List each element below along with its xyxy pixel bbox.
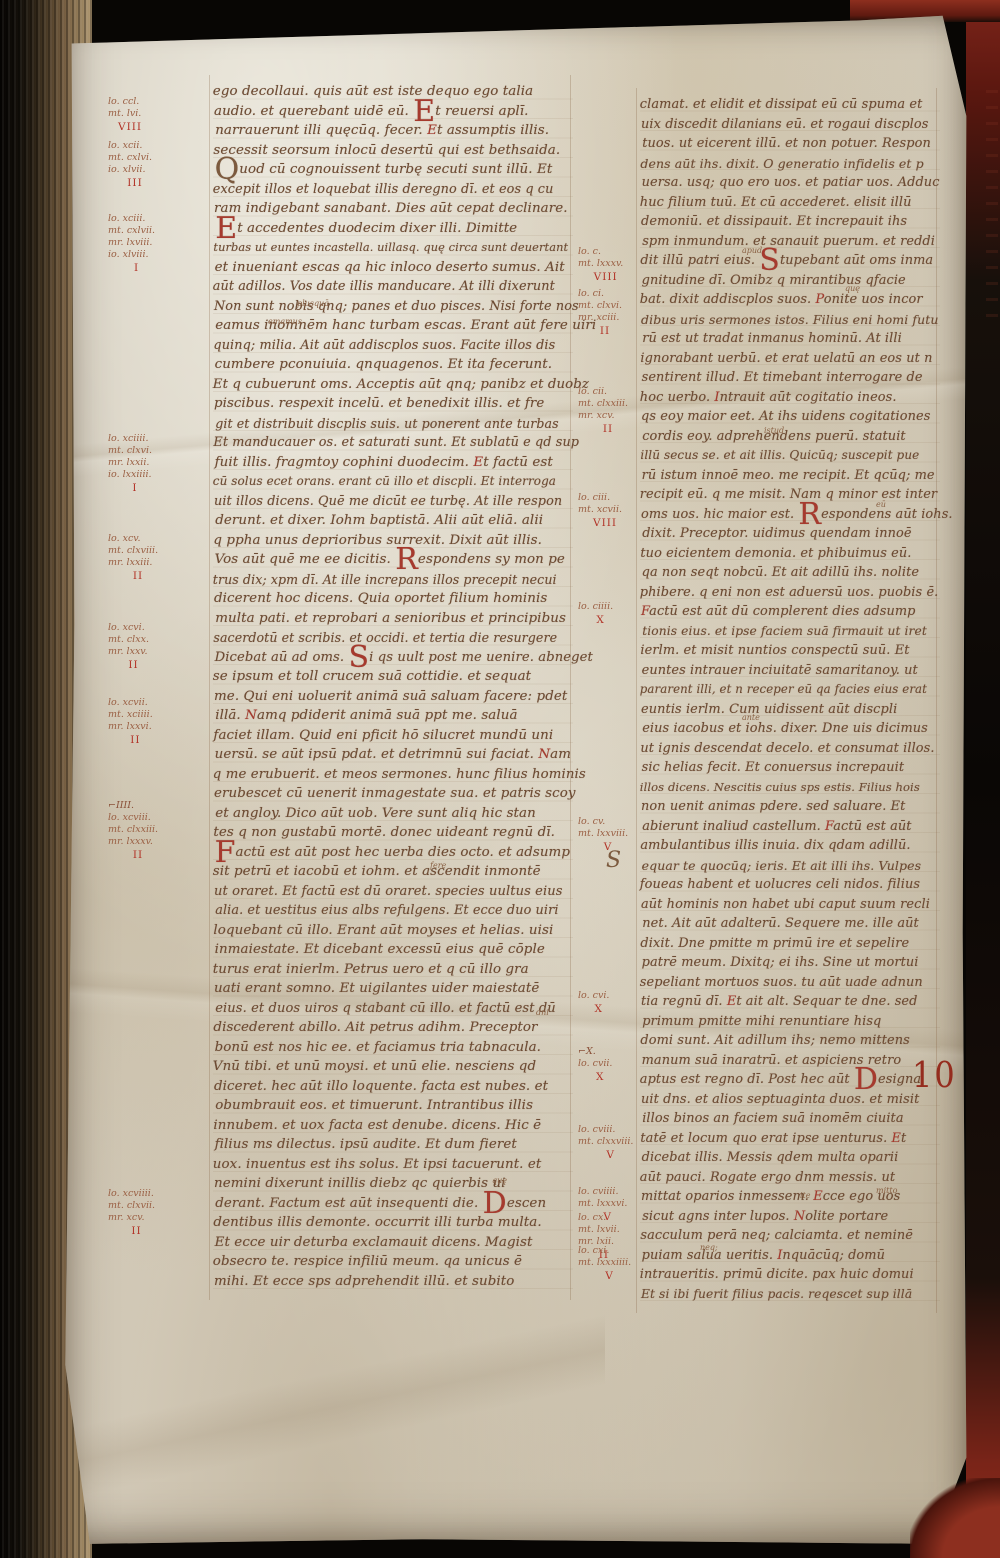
ink-text: q ppha unus deprioribus surrexit. Dixit … bbox=[213, 533, 542, 548]
canon-reference: mt. clxvii. bbox=[108, 1200, 155, 1212]
manuscript-line: euntis ierlm. Cum uidissent aūt discpli bbox=[641, 702, 938, 722]
interlinear-gloss: ante bbox=[742, 713, 760, 722]
ink-text: obumbrauit eos. et timuerunt. Intrantibu… bbox=[215, 1098, 533, 1113]
canon-reference-note: lo. c.mt. lxxxv.VIII bbox=[578, 246, 623, 283]
manuscript-line: aūt hominis non habet ubi caput suum rec… bbox=[641, 897, 938, 917]
interlinear-gloss: emamus bbox=[268, 317, 302, 326]
ink-text: illos dicens. Nescitis cuius sps estis. … bbox=[640, 780, 920, 794]
canon-reference: lo. cxi. bbox=[578, 1245, 631, 1257]
rubric-text: E bbox=[813, 1189, 823, 1204]
ink-text: Vnū tibi. et unū moysi. et unū elie. nes… bbox=[213, 1059, 536, 1074]
manuscript-line: git et distribuit discplis suis. ut pone… bbox=[215, 416, 571, 436]
ink-text: me. Qui eni uoluerit animā suā saluam fa… bbox=[214, 689, 567, 704]
ink-text: espondens sy mon pe bbox=[418, 552, 565, 567]
rubric-text: E bbox=[727, 994, 737, 1009]
canon-reference-note: lo. xcviiii.mt. clxvii.mr. xcv.II bbox=[108, 1188, 155, 1237]
ink-text: mihi. Et ecce sps adprehendit illū. et s… bbox=[214, 1274, 514, 1289]
ink-text: piscibus. respexit incelū. et benedixit … bbox=[214, 396, 544, 411]
canon-reference: mt. clxx. bbox=[108, 634, 149, 646]
manuscript-line: sit petrū et iacobū et iohm. et ascendit… bbox=[213, 864, 569, 884]
manuscript-line: Vnū tibi. et unū moysi. et unū elie. nes… bbox=[213, 1059, 569, 1079]
manuscript-line: q ppha unus deprioribus surrexit. Dixit … bbox=[213, 533, 569, 553]
canon-reference: mt. xciiii. bbox=[108, 709, 153, 721]
ink-text: cū solus ecet orans. erant cū illo et di… bbox=[213, 474, 556, 488]
canon-reference-note: lo. cviii.mt. clxxviii.V bbox=[578, 1124, 633, 1161]
ink-text: non uenit animas pdere. sed saluare. Et bbox=[641, 799, 905, 814]
manuscript-line: qs eoy maior eet. At ihs uidens cogitati… bbox=[641, 409, 938, 429]
manuscript-line: secessit seorsum inlocū desertū qui est … bbox=[213, 143, 569, 163]
manuscript-line: Non sunt nobis qnq; panes et duo pisces.… bbox=[214, 299, 570, 319]
manuscript-line: ram indigebant sanabant. Dies aūt cepat … bbox=[214, 201, 570, 221]
manuscript-line: uix discedit dilanians eū. et rogaui dis… bbox=[641, 117, 938, 137]
ink-text: dicebat illis. Messis qdem multa oparii bbox=[642, 1150, 899, 1165]
manuscript-line: Et ecce uir deturba exclamauit dicens. M… bbox=[215, 1235, 571, 1255]
ink-text: dicerent hoc dicens. Quia oportet filium… bbox=[214, 591, 547, 606]
canon-note-prefix: ⌐X. bbox=[578, 1046, 612, 1058]
ink-text: erubescet cū uenerit inmagestate sua. et… bbox=[214, 786, 576, 801]
ink-text: eius. et duos uiros q stabant cū illo. e… bbox=[215, 1001, 556, 1016]
ink-text: intraueritis. primū dicite. pax huic dom… bbox=[640, 1267, 914, 1282]
manuscript-line: tia regnū dī. Et ait alt. Sequar te dne.… bbox=[641, 994, 938, 1014]
canon-reference: lo. ccl. bbox=[108, 96, 142, 108]
canon-reference-note: ⌐IIII.lo. xcviii.mt. clxxiii.mr. lxxxv.I… bbox=[108, 800, 158, 861]
interlinear-gloss: neq; bbox=[700, 1243, 718, 1252]
ink-text: escen bbox=[507, 1196, 546, 1211]
ink-text: ram indigebant sanabant. Dies aūt cepat … bbox=[214, 201, 568, 216]
canon-reference: mt. clxxiii. bbox=[578, 398, 628, 410]
interlinear-gloss: apud bbox=[742, 246, 762, 255]
ink-text: sentirent illud. Et timebant interrogare… bbox=[642, 370, 923, 385]
ink-text: et inueniant escas qa hic inloco deserto… bbox=[215, 260, 565, 275]
ink-text: tatē et locum quo erat ipse uenturus. bbox=[640, 1131, 891, 1146]
ink-text: loquebant cū illo. Erant aūt moyses et h… bbox=[213, 923, 553, 938]
ink-text: clamat. et elidit et dissipat eū cū spum… bbox=[640, 97, 923, 112]
ink-text: tionis eius. et ipse faciem suā firmauit… bbox=[642, 624, 927, 638]
rubric-text: E bbox=[427, 123, 437, 138]
manuscript-line: derant. Factum est aūt insequenti die. D… bbox=[215, 1196, 571, 1216]
canon-reference: mr. xcv. bbox=[108, 1212, 155, 1224]
canon-reference: mr. lxxii. bbox=[108, 457, 152, 469]
canon-reference: mr. lxxiii. bbox=[108, 557, 158, 569]
parchment-crease bbox=[58, 1288, 605, 1528]
ink-text: dit illū patri eius. bbox=[640, 253, 759, 268]
canon-reference: lo. xcv. bbox=[108, 533, 158, 545]
manuscript-line: piscibus. respexit incelū. et benedixit … bbox=[214, 396, 570, 416]
ink-text: recipit eū. q me misit. Nam q minor est … bbox=[640, 487, 937, 502]
ink-text: Non sunt nobis qnq; panes et duo pisces.… bbox=[214, 299, 579, 314]
canon-reference-note: lo. ci.mt. clxvi.mr. xciii.II bbox=[578, 288, 622, 337]
manuscript-line: patrē meum. Dixitq; ei ihs. Sine ut mort… bbox=[642, 955, 939, 975]
canon-reference: io. xlvii. bbox=[108, 164, 152, 176]
ink-text: huc filium tuū. Et cū accederet. elisit … bbox=[640, 195, 912, 210]
ink-text: diceret. hec aūt illo loquente. facta es… bbox=[214, 1079, 548, 1094]
canon-reference: mt. cxlvii. bbox=[108, 225, 155, 237]
canon-reference: lo. ciiii. bbox=[578, 601, 613, 613]
ink-text: illos binos an faciem suā inomēm ciuita bbox=[642, 1111, 903, 1126]
ink-text: secessit seorsum inlocū desertū qui est … bbox=[213, 143, 560, 158]
manuscript-line: Et manducauer os. et saturati sunt. Et s… bbox=[213, 435, 569, 455]
ink-text: dens aūt ihs. dixit. O generatio infidel… bbox=[640, 156, 923, 171]
manuscript-line: domi sunt. Ait adillum ihs; nemo mittens bbox=[640, 1033, 937, 1053]
interlinear-gloss: istud bbox=[764, 426, 784, 435]
canon-reference: io. xlviii. bbox=[108, 249, 155, 261]
manuscript-line: hoc uerbo. Intrauit aūt cogitatio ineos. bbox=[640, 390, 937, 410]
manuscript-line: trus dix; xpm dī. At ille increpans illo… bbox=[213, 572, 569, 592]
canon-numeral: II bbox=[108, 848, 158, 861]
canon-reference-note: lo. xciii.mt. cxlvii.mr. lxviii.io. xlvi… bbox=[108, 213, 155, 274]
ink-text: uati erant somno. Et uigilantes uider ma… bbox=[214, 981, 539, 996]
ink-text: ut ignis descendat decelo. et consumat i… bbox=[640, 741, 934, 756]
ink-text: multa pati. et reprobari a senioribus et… bbox=[215, 611, 566, 626]
ink-text: turus erat inierlm. Petrus uero et q cū … bbox=[213, 962, 529, 977]
manuscript-line: clamat. et elidit et dissipat eū cū spum… bbox=[640, 97, 937, 117]
manuscript-line: tes q non gustabū mortē. donec uideant r… bbox=[213, 825, 569, 845]
canon-reference: lo. xciiii. bbox=[108, 433, 152, 445]
manuscript-line: fuit illis. fragmtoy cophini duodecim. E… bbox=[215, 455, 571, 475]
interlinear-gloss: ite bbox=[800, 1191, 811, 1200]
interlinear-gloss: eū bbox=[876, 500, 886, 509]
canon-numeral: I bbox=[108, 261, 155, 274]
manuscript-line: pararent illi, et n receper eū qa facies… bbox=[640, 682, 937, 702]
canon-reference-note: lo. cxi.mt. lxxxiiii.V bbox=[578, 1245, 631, 1282]
canon-reference: lo. cii. bbox=[578, 386, 628, 398]
ink-text: euntis ierlm. Cum uidissent aūt discpli bbox=[641, 702, 897, 717]
manuscript-line: equar te quocūq; ieris. Et ait illi ihs.… bbox=[642, 858, 939, 878]
ink-text: domi sunt. Ait adillum ihs; nemo mittens bbox=[640, 1033, 909, 1048]
ink-text: Vos aūt quē me ee dicitis. bbox=[215, 552, 396, 567]
ink-text: hoc uerbo. bbox=[640, 390, 715, 405]
ink-text: olite portare bbox=[805, 1209, 888, 1224]
ink-text: mittat oparios inmessem. bbox=[641, 1189, 813, 1204]
rubric-text: E bbox=[891, 1131, 901, 1146]
manuscript-line: spm inmundum. et sanauit puerum. et redd… bbox=[642, 234, 939, 254]
canon-reference-note: lo. ccl.mt. lvi.VIII bbox=[108, 96, 142, 133]
canon-reference: mt. clxvi. bbox=[108, 445, 152, 457]
ink-text: am bbox=[550, 747, 571, 762]
canon-reference: mr. xcv. bbox=[578, 410, 628, 422]
canon-numeral: III bbox=[108, 176, 152, 189]
manuscript-line: oms uos. hic maior est. Respondens aūt i… bbox=[641, 507, 938, 527]
canon-reference: mt. lxxxv. bbox=[578, 258, 623, 270]
ink-text: Et q cubuerunt oms. Acceptis aūt qnq; pa… bbox=[213, 377, 589, 392]
manuscript-line: dixit. Dne pmitte m primū ire et sepelir… bbox=[640, 936, 937, 956]
manuscript-line: uersū. se aūt ipsū pdat. et detrimnū sui… bbox=[215, 747, 571, 767]
canon-reference-note: lo. xcvii.mt. xciiii.mr. lxxvi.II bbox=[108, 697, 153, 746]
ink-text: phibere. q eni non est aduersū uos. puob… bbox=[640, 585, 939, 600]
ink-text: tia regnū dī. bbox=[641, 994, 727, 1009]
canon-reference-note: lo. xcv.mt. clxviii.mr. lxxiii.II bbox=[108, 533, 158, 582]
manuscript-line: illā. Namq pdiderit animā suā ppt me. sa… bbox=[215, 708, 571, 728]
ink-text: q me erubuerit. et meos sermones. hunc f… bbox=[213, 767, 586, 782]
ink-text: innubem. et uox facta est denube. dicens… bbox=[213, 1118, 541, 1133]
ink-text: onite uos incor bbox=[824, 292, 923, 307]
ink-text: aūt hominis non habet ubi caput suum rec… bbox=[641, 897, 930, 912]
canon-reference: mt. lxxviii. bbox=[578, 828, 628, 840]
ink-text: eius iacobus et iohs. dixer. Dne uis dic… bbox=[642, 721, 928, 736]
manuscript-line: Factū est aūt post hec uerba dies octo. … bbox=[215, 845, 571, 865]
ink-text: uix discedit dilanians eū. et rogaui dis… bbox=[641, 117, 928, 132]
manuscript-line: phibere. q eni non est aduersū uos. puob… bbox=[640, 585, 937, 605]
canon-reference: mt. xcvii. bbox=[578, 504, 622, 516]
ink-text: t factū est bbox=[483, 455, 553, 470]
rubric-text: N bbox=[794, 1209, 805, 1224]
ink-text: ambulantibus illis inuia. dix qdam adill… bbox=[640, 838, 910, 853]
manuscript-line: dibus uris sermones istos. Filius eni ho… bbox=[641, 312, 938, 332]
canon-reference: mt. clxvi. bbox=[578, 300, 622, 312]
ink-text: audio. et querebant uidē eū. bbox=[214, 104, 413, 119]
canon-numeral: I bbox=[108, 481, 152, 494]
ink-text: ego decollaui. quis aūt est iste dequo e… bbox=[213, 84, 533, 99]
manuscript-line: tuo eicientem demonia. et phibuimus eū. bbox=[640, 546, 937, 566]
manuscript-line: Vos aūt quē me ee dicitis. Respondens sy… bbox=[215, 552, 571, 572]
manuscript-line: demoniū. et dissipauit. Et increpauit ih… bbox=[641, 214, 938, 234]
rubric-text: E bbox=[473, 455, 483, 470]
canon-reference: lo. cviii. bbox=[578, 1124, 633, 1136]
ink-text: nemini dixerunt inillis diebz qc quierbi… bbox=[214, 1176, 506, 1191]
interlinear-gloss: fere bbox=[430, 861, 446, 870]
manuscript-line: euntes intrauer inciuitatē samaritanoy. … bbox=[642, 663, 939, 683]
canon-reference-note: lo. ciiii.X bbox=[578, 601, 613, 626]
manuscript-line: se ipsum et toll crucem suā cottidie. et… bbox=[213, 669, 569, 689]
rubric-text: N bbox=[538, 747, 550, 762]
canon-numeral: II bbox=[108, 658, 149, 671]
manuscript-line: cū solus ecet orans. erant cū illo et di… bbox=[213, 474, 569, 494]
ink-text: aūt pauci. Rogate ergo dnm messis. ut bbox=[640, 1170, 895, 1185]
interlinear-gloss: dni bbox=[536, 1008, 549, 1017]
manuscript-line: abierunt inaliud castellum. Factū est aū… bbox=[642, 819, 939, 839]
canon-reference: lo. cvi. bbox=[578, 990, 609, 1002]
ink-text: oms uos. hic maior est. bbox=[641, 507, 798, 522]
manuscript-line: ierlm. et misit nuntios conspectū suū. E… bbox=[640, 643, 937, 663]
ink-text: cumbere pconuiuia. qnquagenos. Et ita fe… bbox=[215, 357, 553, 372]
canon-reference: mt. lvi. bbox=[108, 108, 142, 120]
ink-text: amq pdiderit animā suā ppt me. saluā bbox=[257, 708, 518, 723]
manuscript-line: huc filium tuū. Et cū accederet. elisit … bbox=[640, 195, 937, 215]
manuscript-line: q me erubuerit. et meos sermones. hunc f… bbox=[213, 767, 569, 787]
ink-text: tuo eicientem demonia. et phibuimus eū. bbox=[640, 546, 911, 561]
manuscript-line: erubescet cū uenerit inmagestate sua. et… bbox=[214, 786, 570, 806]
manuscript-line: ignorabant uerbū. et erat uelatū an eos … bbox=[640, 351, 937, 371]
canon-numeral: X bbox=[578, 1002, 609, 1015]
manuscript-line: loquebant cū illo. Erant aūt moyses et h… bbox=[213, 923, 569, 943]
manuscript-line: bonū est nos hic ee. et faciamus tria ta… bbox=[215, 1040, 571, 1060]
ink-text: uod cū cognouissent turbę secuti sunt il… bbox=[239, 162, 552, 177]
canon-reference: io. lxxiiii. bbox=[108, 469, 152, 481]
canon-numeral: VIII bbox=[578, 516, 622, 529]
canon-reference-note: lo. xcvi.mt. clxx.mr. lxxv.II bbox=[108, 622, 149, 671]
canon-reference-note: lo. xcii.mt. cxlvi.io. xlvii.III bbox=[108, 140, 152, 189]
manuscript-line: ut oraret. Et factū est dū oraret. speci… bbox=[214, 884, 570, 904]
canon-reference: mt. clxxiii. bbox=[108, 824, 158, 836]
manuscript-line: aūt adillos. Vos date illis manducare. A… bbox=[213, 279, 569, 299]
ink-text: ierlm. et misit nuntios conspectū suū. E… bbox=[640, 643, 909, 658]
ink-text: abierunt inaliud castellum. bbox=[642, 819, 825, 834]
canon-numeral: X bbox=[578, 1070, 612, 1083]
manuscript-line: dicebat illis. Messis qdem multa oparii bbox=[642, 1150, 939, 1170]
manuscript-line: dens aūt ihs. dixit. O generatio infidel… bbox=[640, 156, 937, 176]
ink-text: sit petrū et iacobū et iohm. et ascendit… bbox=[213, 864, 541, 879]
manuscript-line: inmaiestate. Et dicebant excessū eius qu… bbox=[215, 942, 571, 962]
ink-text: t bbox=[901, 1131, 906, 1146]
ink-text: patrē meum. Dixitq; ei ihs. Sine ut mort… bbox=[642, 955, 919, 970]
manuscript-line: aptus est regno dī. Post hec aūt Designa bbox=[640, 1072, 937, 1092]
ink-text: sacculum perā neq; calciamta. et neminē bbox=[640, 1228, 913, 1243]
canon-reference: lo. xcviiii. bbox=[108, 1188, 155, 1200]
manuscript-line: me. Qui eni uoluerit animā suā saluam fa… bbox=[214, 689, 570, 709]
rubric-text: F bbox=[825, 819, 833, 834]
manuscript-line: diceret. hec aūt illo loquente. facta es… bbox=[214, 1079, 570, 1099]
canon-reference: mr. lxxv. bbox=[108, 646, 149, 658]
manuscript-line: sacerdotū et scribis. et occidi. et tert… bbox=[213, 630, 569, 650]
canon-reference: lo. xcvii. bbox=[108, 697, 153, 709]
canon-reference: lo. xcvi. bbox=[108, 622, 149, 634]
manuscript-line: Quod cū cognouissent turbę secuti sunt i… bbox=[215, 162, 571, 182]
ink-text: discederent abillo. Ait petrus adihm. Pr… bbox=[213, 1020, 537, 1035]
ink-text: espondens aūt iohs. bbox=[821, 507, 953, 522]
manuscript-line: discederent abillo. Ait petrus adihm. Pr… bbox=[213, 1020, 569, 1040]
canon-reference-note: lo. ciii.mt. xcvii.VIII bbox=[578, 492, 622, 529]
canon-reference: mr. lxxvi. bbox=[108, 721, 153, 733]
manuscript-line: audio. et querebant uidē eū. Et reuersi … bbox=[214, 104, 570, 124]
manuscript-line: Factū est aūt dū complerent dies adsump bbox=[641, 604, 938, 624]
manuscript-line: innubem. et uox facta est denube. dicens… bbox=[213, 1118, 569, 1138]
rubric-text: P bbox=[815, 292, 823, 307]
ink-text: foueas habent et uolucres celi nidos. fi… bbox=[640, 877, 920, 892]
canon-reference: lo. xciii. bbox=[108, 213, 155, 225]
manuscript-line: net. Ait aūt adalterū. Sequere me. ille … bbox=[642, 916, 939, 936]
ink-text: rū est ut tradat inmanus hominū. At illi bbox=[642, 331, 902, 346]
manuscript-line: gnitudine dī. Omibz q mirantibus qfacie bbox=[642, 273, 939, 293]
ink-text: sacerdotū et scribis. et occidi. et tert… bbox=[213, 630, 557, 645]
ink-text: t reuersi aplī. bbox=[435, 104, 528, 119]
manuscript-line: eius. et duos uiros q stabant cū illo. e… bbox=[215, 1001, 571, 1021]
manuscript-line: bat. dixit addiscplos suos. Ponite uos i… bbox=[640, 292, 937, 312]
ink-text: narrauerunt illi quęcūq. fecer. bbox=[215, 123, 427, 138]
rubric-text: F bbox=[641, 604, 649, 619]
ink-text: aūt adillos. Vos date illis manducare. A… bbox=[213, 279, 555, 294]
canon-reference-note: ⌐X.lo. cvii.X bbox=[578, 1046, 612, 1083]
ink-text: Et si ibi fuerit filius pacis. reqescet … bbox=[641, 1287, 912, 1301]
ink-text: rū istum innoē meo. me recipit. Et qcūq;… bbox=[642, 468, 935, 483]
canon-reference: lo. cx. bbox=[578, 1212, 620, 1224]
manuscript-column-right: clamat. et elidit et dissipat eū cū spum… bbox=[641, 97, 938, 1306]
manuscript-line: dit illū patri eius. Stupebant aūt oms i… bbox=[640, 253, 937, 273]
ink-text: qs eoy maior eet. At ihs uidens cogitati… bbox=[641, 409, 930, 424]
canon-reference: mt. lxvii. bbox=[578, 1224, 620, 1236]
ink-text: bonū est nos hic ee. et faciamus tria ta… bbox=[215, 1040, 541, 1055]
manuscript-line: cordis eoy. adprehendens puerū. statuit bbox=[642, 429, 939, 449]
ink-text: tuos. ut eicerent illū. et non potuer. R… bbox=[642, 136, 931, 151]
manuscript-line: turus erat inierlm. Petrus uero et q cū … bbox=[213, 962, 569, 982]
canon-reference: mt. clxviii. bbox=[108, 545, 158, 557]
ink-text: excepit illos et loquebat illis deregno … bbox=[213, 182, 554, 197]
ink-text: gnitudine dī. Omibz q mirantibus qfacie bbox=[642, 273, 906, 288]
interlinear-gloss: quę bbox=[845, 284, 860, 293]
manuscript-line: alia. et uestitus eius albs refulgens. E… bbox=[215, 903, 571, 923]
ink-text: ignorabant uerbū. et erat uelatū an eos … bbox=[640, 351, 932, 366]
ink-text: t assumptis illis. bbox=[437, 123, 549, 138]
ink-text: se ipsum et toll crucem suā cottidie. et… bbox=[213, 669, 531, 684]
ink-text: dixit. Dne pmitte m primū ire et sepelir… bbox=[640, 936, 909, 951]
manuscript-line: faciet illam. Quid eni pficit hō silucre… bbox=[213, 728, 569, 748]
ink-text: i qs uult post me uenire. abneget bbox=[369, 650, 593, 665]
manuscript-line: sentirent illud. Et timebant interrogare… bbox=[642, 370, 939, 390]
manuscript-line: tatē et locum quo erat ipse uenturus. Et bbox=[640, 1131, 937, 1151]
ink-text: bat. dixit addiscplos suos. bbox=[640, 292, 816, 307]
interlinear-gloss: quę bbox=[492, 1176, 507, 1185]
manuscript-line: illos binos an faciem suā inomēm ciuita bbox=[642, 1111, 939, 1131]
manuscript-line: illū secus se. et ait illis. Quicūq; sus… bbox=[640, 448, 937, 468]
canon-reference: lo. xcviii. bbox=[108, 812, 158, 824]
margin-letter: S bbox=[606, 848, 621, 873]
canon-numeral: VIII bbox=[578, 270, 623, 283]
manuscript-line: ambulantibus illis inuia. dix qdam adill… bbox=[640, 838, 937, 858]
manuscript-photo: { "folio": "10", "ink_color": "#6d4b33",… bbox=[0, 0, 1000, 1558]
canon-note-prefix: ⌐IIII. bbox=[108, 800, 158, 812]
ink-text: quinq; milia. Ait aūt addiscplos suos. F… bbox=[213, 338, 555, 353]
manuscript-line: dixit. Preceptor. uidimus quendam innoē bbox=[642, 526, 939, 546]
manuscript-line: non uenit animas pdere. sed saluare. Et bbox=[641, 799, 938, 819]
manuscript-line: Dicebat aū ad oms. Si qs uult post me ue… bbox=[215, 650, 571, 670]
manuscript-line: mihi. Et ecce sps adprehendit illū. et s… bbox=[214, 1274, 570, 1294]
manuscript-line: obsecro te. respice infiliū meum. qa uni… bbox=[213, 1254, 569, 1274]
manuscript-line: et inueniant escas qa hic inloco deserto… bbox=[215, 260, 571, 280]
manuscript-line: excepit illos et loquebat illis deregno … bbox=[213, 182, 569, 202]
canon-reference: lo. ciii. bbox=[578, 492, 622, 504]
manuscript-line: tionis eius. et ipse faciem suā firmauit… bbox=[642, 624, 939, 644]
ink-text: Et manducauer os. et saturati sunt. Et s… bbox=[213, 435, 579, 450]
ink-text: actū est aūt bbox=[833, 819, 911, 834]
ink-text: pararent illi, et n receper eū qa facies… bbox=[640, 682, 927, 696]
ink-text: equar te quocūq; ieris. Et ait illi ihs.… bbox=[642, 858, 922, 873]
manuscript-line: ego decollaui. quis aūt est iste dequo e… bbox=[213, 84, 569, 104]
canon-reference: lo. xcii. bbox=[108, 140, 152, 152]
ink-text: illū secus se. et ait illis. Quicūq; sus… bbox=[640, 448, 919, 462]
manuscript-line: filius ms dilectus. ipsū audite. Et dum … bbox=[215, 1137, 571, 1157]
canon-reference: lo. ci. bbox=[578, 288, 622, 300]
manuscript-line: turbas ut euntes incastella. uillasq. qu… bbox=[213, 240, 569, 260]
ink-text: illā. bbox=[215, 708, 245, 723]
ink-text: actū est aūt post hec uerba dies octo. e… bbox=[236, 845, 571, 860]
canon-numeral: II bbox=[108, 733, 153, 746]
ink-text: net. Ait aūt adalterū. Sequere me. ille … bbox=[642, 916, 919, 931]
facing-page-edge-marks bbox=[986, 90, 998, 330]
rubric-text: N bbox=[245, 708, 257, 723]
ink-text: primum pmitte mihi renuntiare hisq bbox=[642, 1014, 881, 1029]
manuscript-line: rū istum innoē meo. me recipit. Et qcūq;… bbox=[642, 468, 939, 488]
manuscript-line: sicut agns inter lupos. Nolite portare bbox=[642, 1209, 939, 1229]
ink-text: t ait alt. Sequar te dne. sed bbox=[736, 994, 917, 1009]
canon-reference: mr. lxxxv. bbox=[108, 836, 158, 848]
canon-reference: lo. cv. bbox=[578, 816, 628, 828]
canon-reference: mt. lxxxvi. bbox=[578, 1198, 627, 1210]
canon-reference: mt. cxlvi. bbox=[108, 152, 152, 164]
canon-numeral: V bbox=[578, 1148, 633, 1161]
manuscript-line: multa pati. et reprobari a senioribus et… bbox=[215, 611, 571, 631]
manuscript-line: qa non seqt nobcū. Et ait adillū ihs. no… bbox=[642, 565, 939, 585]
canon-numeral: II bbox=[578, 324, 622, 337]
manuscript-line: et angloy. Dico aūt uob. Vere sunt aliq … bbox=[215, 806, 571, 826]
ink-text: trus dix; xpm dī. At ille increpans illo… bbox=[213, 572, 557, 587]
canon-reference: mt. clxxviii. bbox=[578, 1136, 633, 1148]
canon-numeral: VIII bbox=[108, 120, 142, 133]
manuscript-line: dicerent hoc dicens. Quia oportet filium… bbox=[214, 591, 570, 611]
interlinear-gloss: mitto bbox=[876, 1186, 897, 1195]
manuscript-line: uersa. usq; quo ero uos. et patiar uos. … bbox=[642, 175, 939, 195]
manuscript-line: quinq; milia. Ait aūt addiscplos suos. F… bbox=[213, 338, 569, 358]
ink-text: alia. et uestitus eius albs refulgens. E… bbox=[215, 903, 558, 918]
manuscript-line: sepeliant mortuos suos. tu aūt uade adnu… bbox=[640, 975, 937, 995]
